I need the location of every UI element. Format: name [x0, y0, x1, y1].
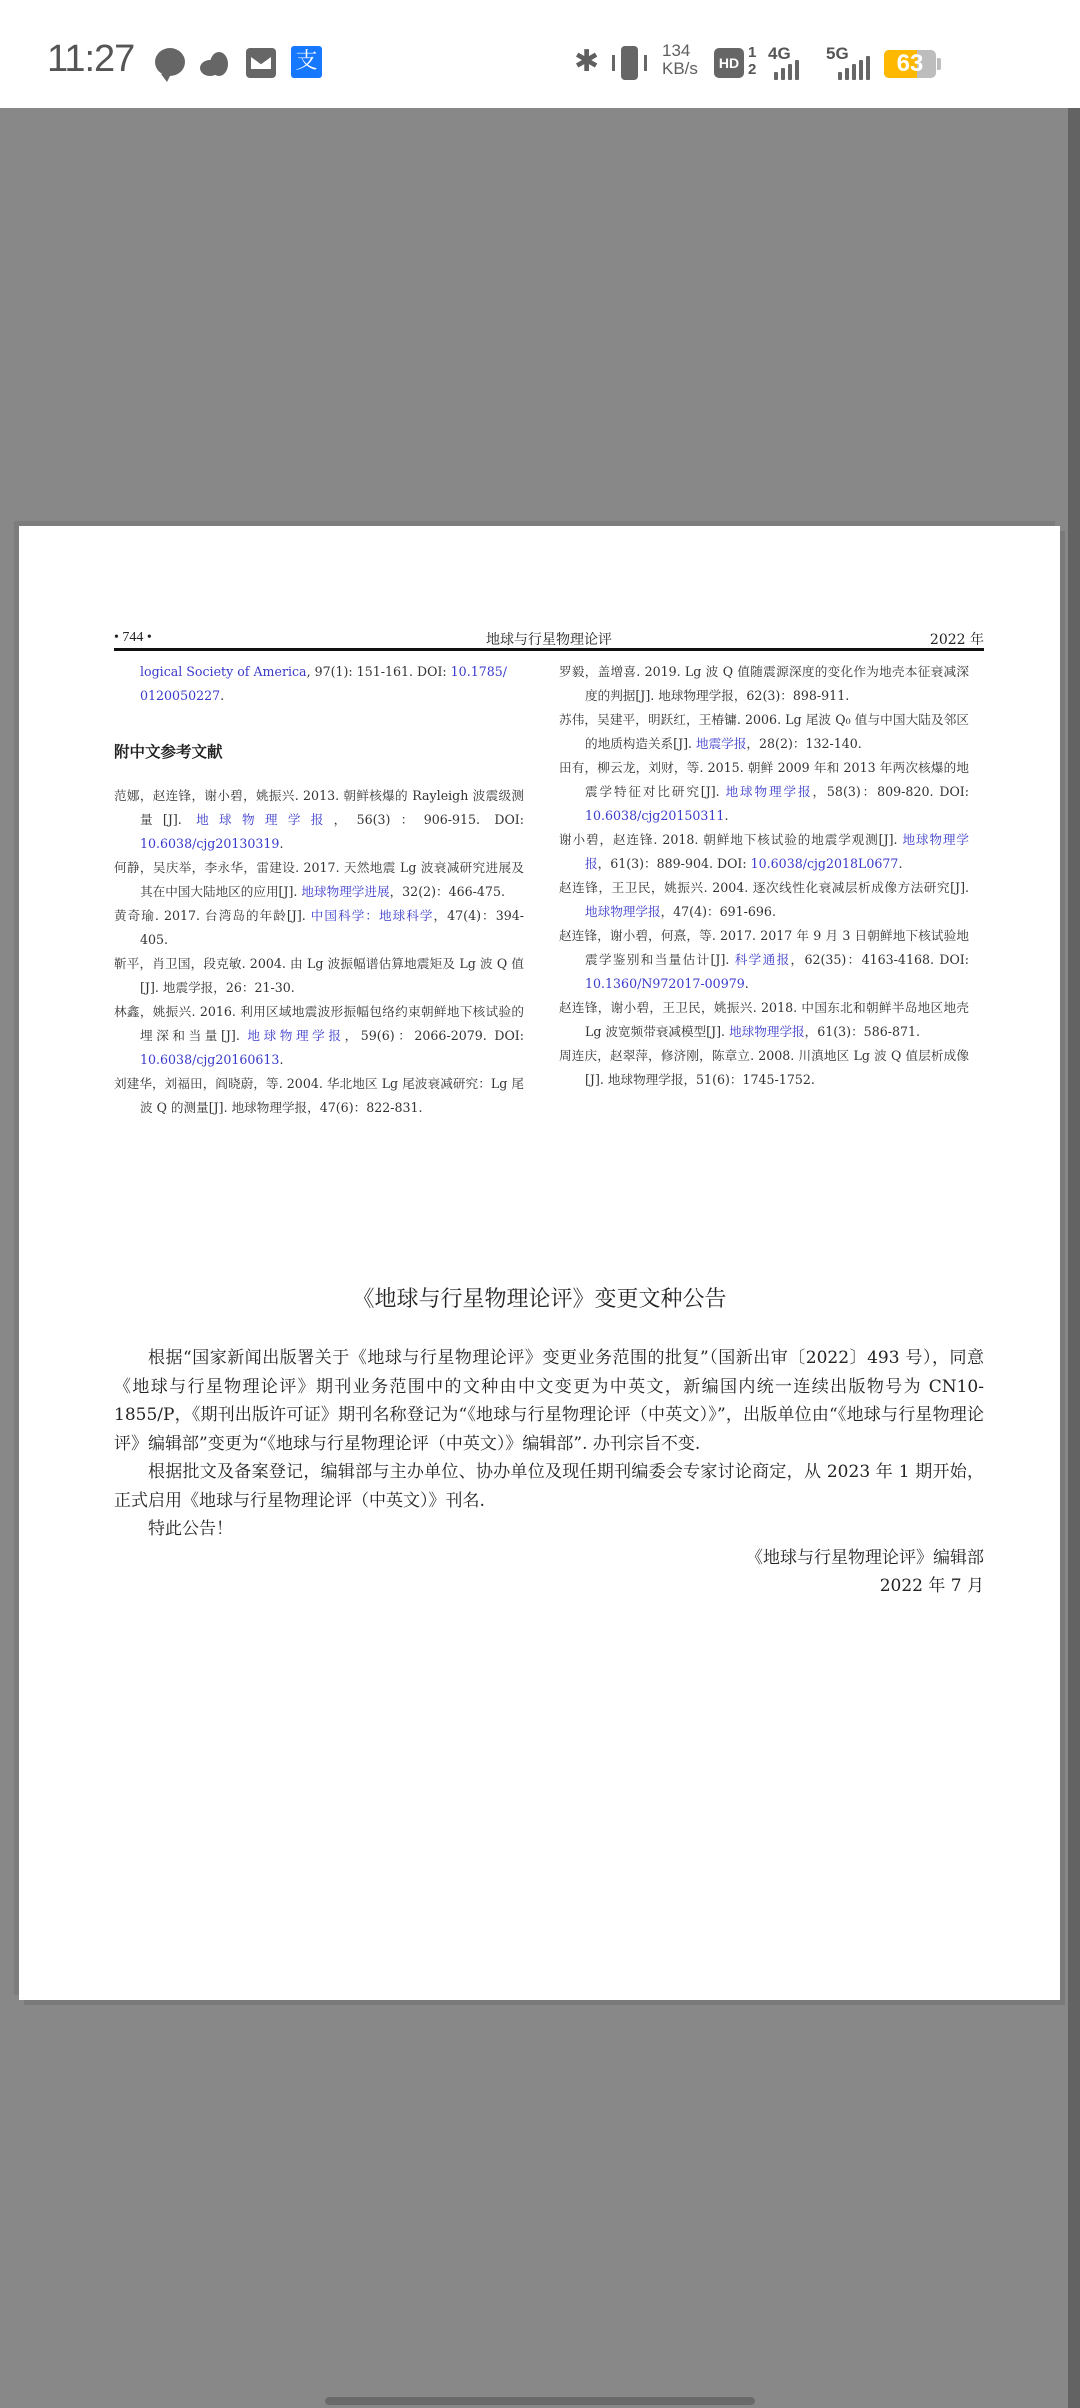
notice-paragraph: 特此公告！ [114, 1515, 984, 1544]
journal-link[interactable]: logical Society of America [140, 664, 307, 679]
journal-link[interactable]: 中国科学：地球科学 [311, 908, 434, 923]
notice-signature: 《地球与行星物理论评》编辑部 [114, 1544, 984, 1573]
clock: 11:27 [47, 38, 134, 81]
page-header: • 744 • 地球与行星物理论评 2022 年 [114, 624, 984, 650]
section-title: 附中文参考文献 [114, 740, 524, 764]
alipay-icon: 支 [291, 46, 322, 78]
doi-link[interactable]: 10.6038/cjg20150311 [585, 808, 724, 823]
journal-link[interactable]: 地球物理学报 [729, 1024, 805, 1039]
doi-link[interactable]: 10.1360/N972017-00979 [585, 976, 745, 991]
reference-item: 罗毅，盖增喜. 2019. Lg 波 Q 值随震源深度的变化作为地壳本征衰减深度… [559, 660, 969, 708]
reference-item: 刘建华，刘福田，阎晓蔚，等. 2004. 华北地区 Lg 尾波衰减研究：Lg 尾… [114, 1072, 524, 1120]
notice-title: 《地球与行星物理论评》变更文种公告 [19, 1282, 1060, 1313]
reference-item: 黄奇瑜. 2017. 台湾岛的年龄[J]. 中国科学：地球科学，47(4)：39… [114, 904, 524, 952]
reference-item: 何静，吴庆举，李永华，雷建设. 2017. 天然地震 Lg 波衰减研究进展及其在… [114, 856, 524, 904]
reference-item: 周连庆，赵翠萍，修济刚，陈章立. 2008. 川滇地区 Lg 波 Q 值层析成像… [559, 1044, 969, 1092]
signal-4g-icon: 4G [768, 44, 816, 80]
reference-item: 谢小碧，赵连锋. 2018. 朝鲜地下核试验的地震学观测[J]. 地球物理学报，… [559, 828, 969, 876]
weather-cloud-icon [200, 50, 232, 76]
left-column: logical Society of America, 97(1): 151-1… [114, 660, 524, 1120]
vertical-scrollbar[interactable] [1068, 108, 1080, 2408]
journal-link[interactable]: 科学通报 [735, 952, 791, 967]
journal-link[interactable]: 地球物理学报 [585, 904, 661, 919]
journal-link[interactable]: 地球物理学进展 [301, 884, 389, 899]
journal-link[interactable]: 地球物理学报 [196, 812, 334, 827]
battery-cap [937, 58, 941, 70]
hd-sim-indicator: 1 2 [748, 44, 756, 84]
reference-item: 赵连锋，王卫民，姚振兴. 2004. 逐次线性化衰减层析成像方法研究[J]. 地… [559, 876, 969, 924]
signal-5g-icon: 5G [826, 44, 878, 80]
horizontal-scrollbar[interactable] [325, 2397, 755, 2405]
vibrate-icon [608, 46, 652, 80]
status-bar: 11:27 支 ✱ 134 KB/s HD 1 2 4G 5G 63 [0, 0, 1080, 108]
battery-icon: 63 [884, 50, 936, 78]
reference-item: 苏伟，吴建平，明跃红，王椿镛. 2006. Lg 尾波 Q₀ 值与中国大陆及邻区… [559, 708, 969, 756]
notice-body: 根据“国家新闻出版署关于《地球与行星物理论评》变更业务范围的批复”（国新出审〔2… [114, 1344, 984, 1601]
reference-item: 田有，柳云龙，刘财，等. 2015. 朝鲜 2009 年和 2013 年两次核爆… [559, 756, 969, 828]
header-rule [114, 648, 984, 651]
notice-paragraph: 根据批文及备案登记，编辑部与主办单位、协办单位及现任期刊编委会专家讨论商定，从 … [114, 1458, 984, 1515]
journal-link[interactable]: 地球物理学报 [726, 784, 813, 799]
running-journal-title: 地球与行星物理论评 [114, 629, 984, 649]
doi-link[interactable]: 10.6038/cjg20160613 [140, 1052, 279, 1067]
bluetooth-icon: ✱ [574, 44, 599, 84]
reference-item: 林鑫，姚振兴. 2016. 利用区域地震波形振幅包络约束朝鲜地下核试验的埋深和当… [114, 1000, 524, 1072]
reference-item: 范娜，赵连锋，谢小碧，姚振兴. 2013. 朝鲜核爆的 Rayleigh 波震级… [114, 784, 524, 856]
journal-link[interactable]: 地球物理学报 [247, 1028, 344, 1043]
right-column: 罗毅，盖增喜. 2019. Lg 波 Q 值随震源深度的变化作为地壳本征衰减深度… [559, 660, 969, 1092]
message-icon [155, 48, 185, 76]
doi-link[interactable]: 10.6038/cjg20130319 [140, 836, 279, 851]
notice-paragraph: 根据“国家新闻出版署关于《地球与行星物理论评》变更业务范围的批复”（国新出审〔2… [114, 1344, 984, 1458]
doi-link[interactable]: 10.6038/cjg2018L0677 [751, 856, 899, 871]
hd-voice-icon: HD [714, 48, 744, 78]
running-year: 2022 年 [930, 629, 984, 649]
reference-item: 靳平，肖卫国，段克敏. 2004. 由 Lg 波振幅谱估算地震矩及 Lg 波 Q… [114, 952, 524, 1000]
reference-item: 赵连锋，谢小碧，何熹，等. 2017. 2017 年 9 月 3 日朝鲜地下核试… [559, 924, 969, 996]
reference-continuation: logical Society of America, 97(1): 151-1… [114, 660, 524, 708]
notice-date: 2022 年 7 月 [114, 1572, 984, 1601]
reference-item: 赵连锋，谢小碧，王卫民，姚振兴. 2018. 中国东北和朝鲜半岛地区地壳 Lg … [559, 996, 969, 1044]
network-speed: 134 KB/s [662, 42, 698, 82]
mailbox-icon [246, 48, 276, 78]
journal-link[interactable]: 地震学报 [696, 736, 746, 751]
pdf-page: • 744 • 地球与行星物理论评 2022 年 logical Society… [19, 526, 1060, 2000]
